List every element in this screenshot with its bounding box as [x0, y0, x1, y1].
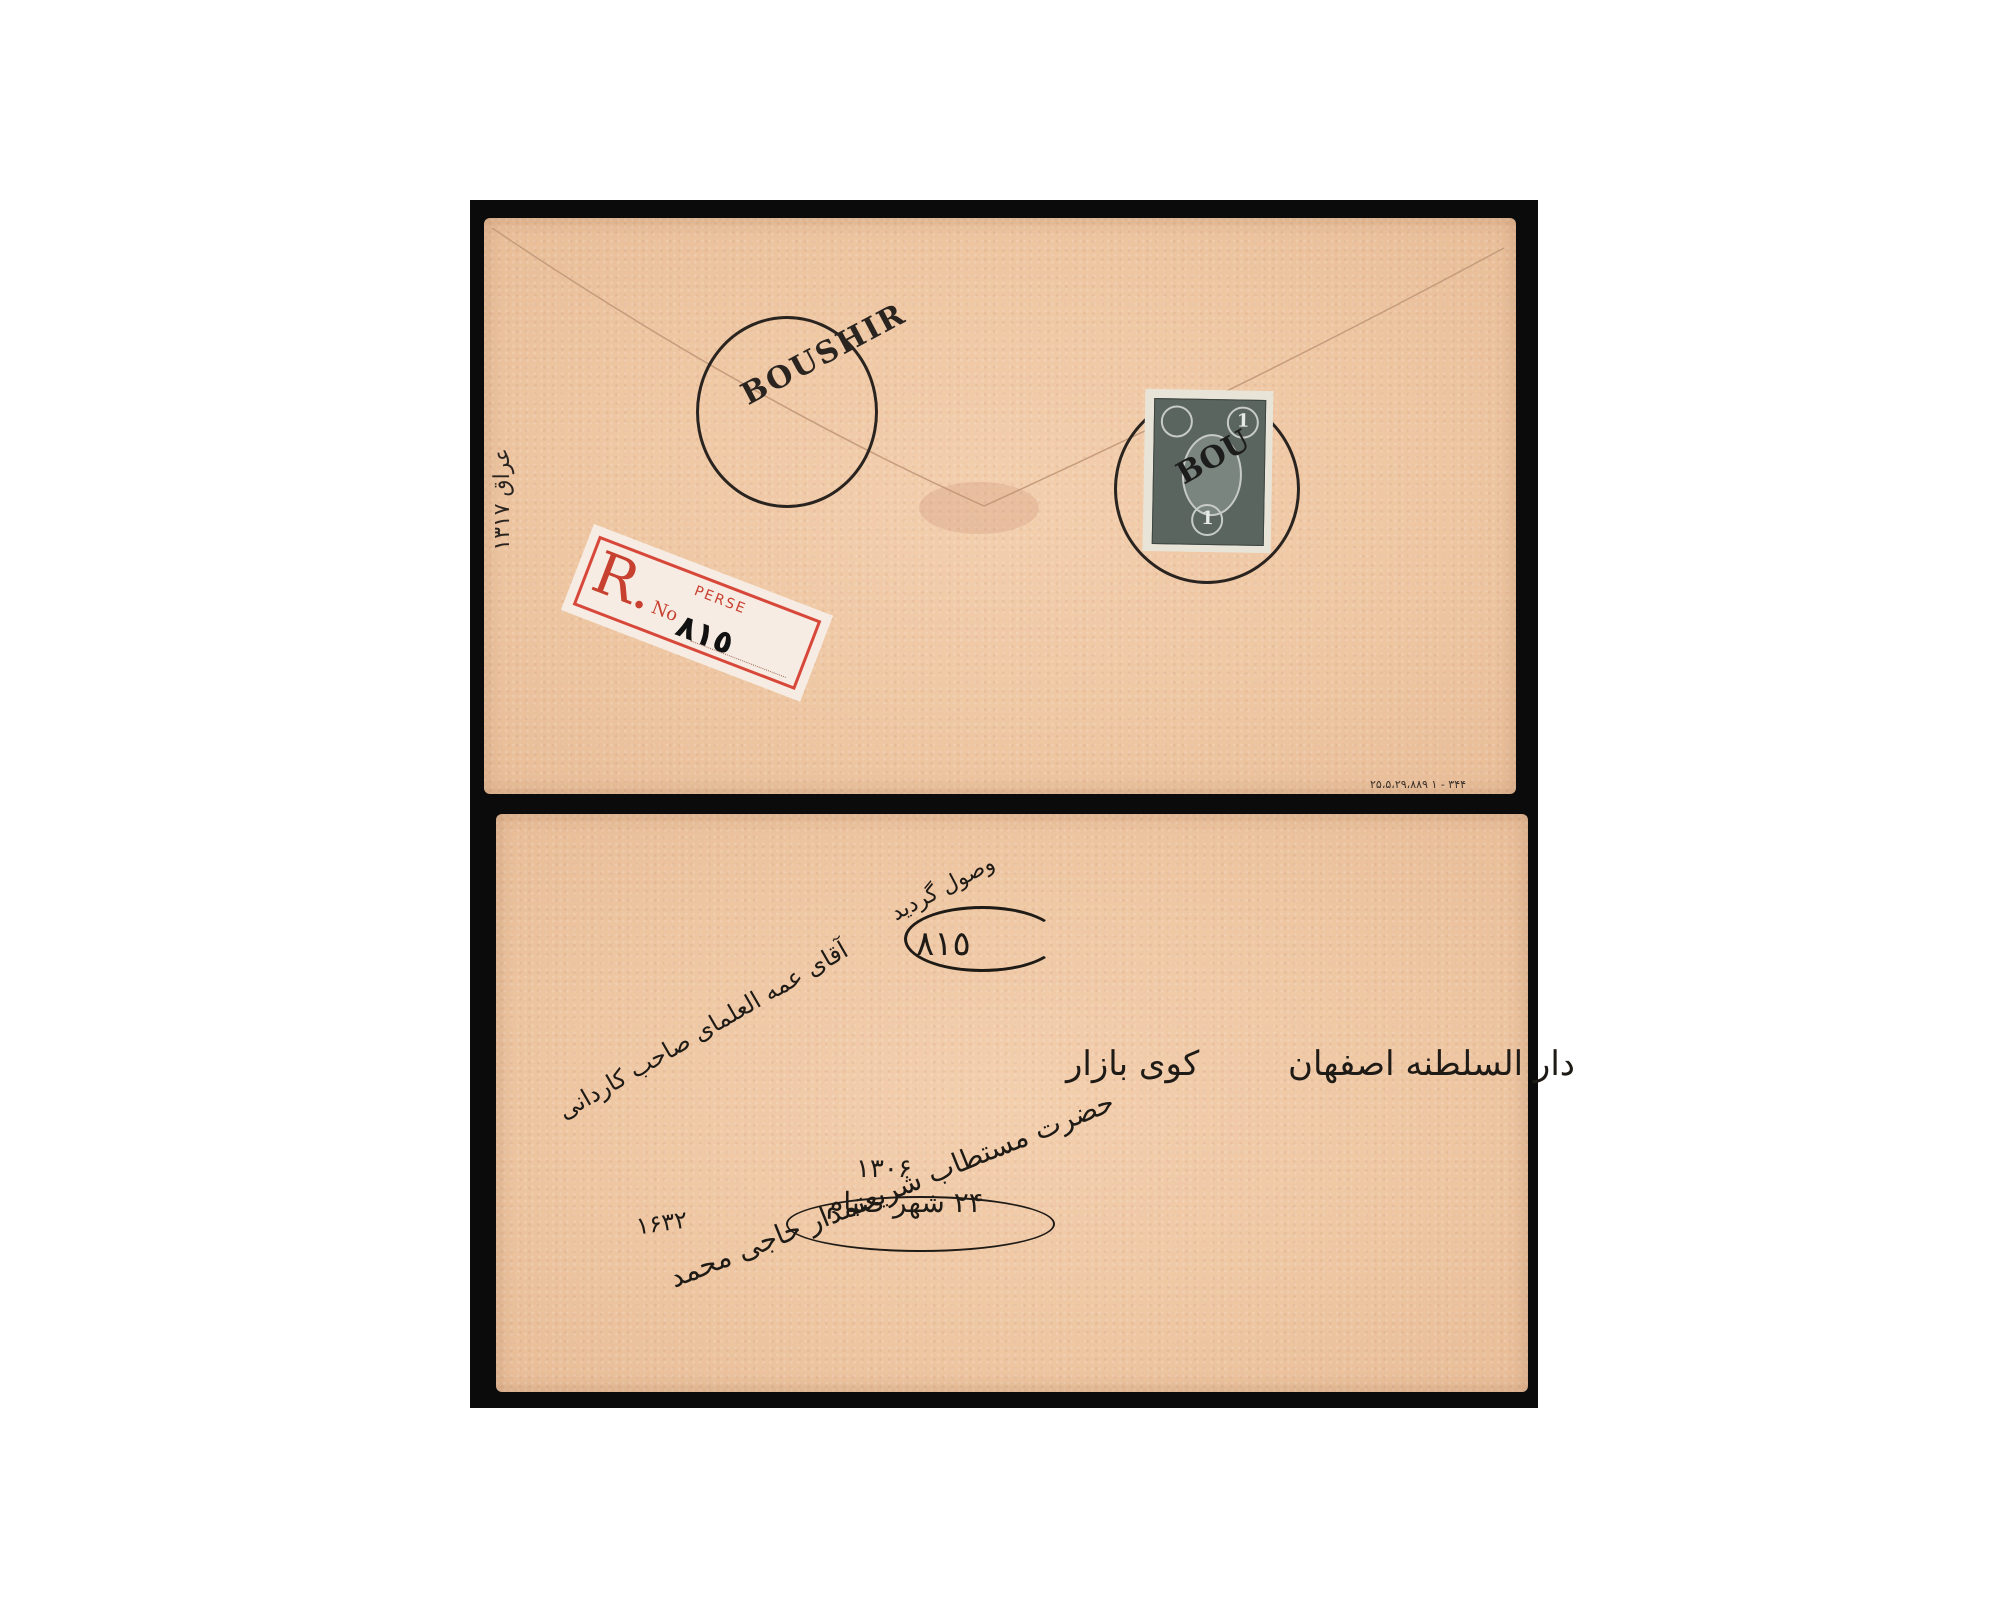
year: ۱۳۰۶	[856, 1154, 912, 1184]
envelope-front: ٨١٥ وصول گردید دار السلطنه اصفهان کوی با…	[496, 814, 1528, 1392]
reference-note: ۲۵،۵،۲۹،۸۸۹ ۱ - ۳۴۴	[1370, 778, 1466, 791]
registration-label: R. PERSE No ٨١٥	[561, 524, 833, 702]
address-line-2: آقای عمه العلمای صاحب کاردانی	[553, 936, 853, 1125]
side-note: ۱۳۱۷ عراق	[490, 448, 530, 551]
destination-line-2: کوی بازار	[1066, 1044, 1199, 1084]
registration-mark: ٨١٥	[916, 924, 971, 964]
stamp-corner-ornament	[1161, 405, 1194, 438]
registration-no-prefix: No	[648, 597, 680, 626]
registration-number: ٨١٥	[671, 606, 739, 662]
envelope-back: ۱۳۱۷ عراق BOUSHIR 1 1 BOU R. PERSE No ٨١…	[484, 218, 1516, 794]
postage-stamp: 1 1 BOU	[1143, 389, 1274, 553]
postmark-boushir-1: BOUSHIR	[696, 316, 878, 508]
date: ۲۴ شهر صیام	[826, 1186, 984, 1219]
destination-line-1: دار السلطنه اصفهان	[1288, 1044, 1575, 1084]
stamp-bottom-value: 1	[1191, 504, 1224, 537]
reference-number: ۱۶۳۲	[634, 1206, 689, 1241]
envelope-flap-lines	[484, 218, 1516, 794]
